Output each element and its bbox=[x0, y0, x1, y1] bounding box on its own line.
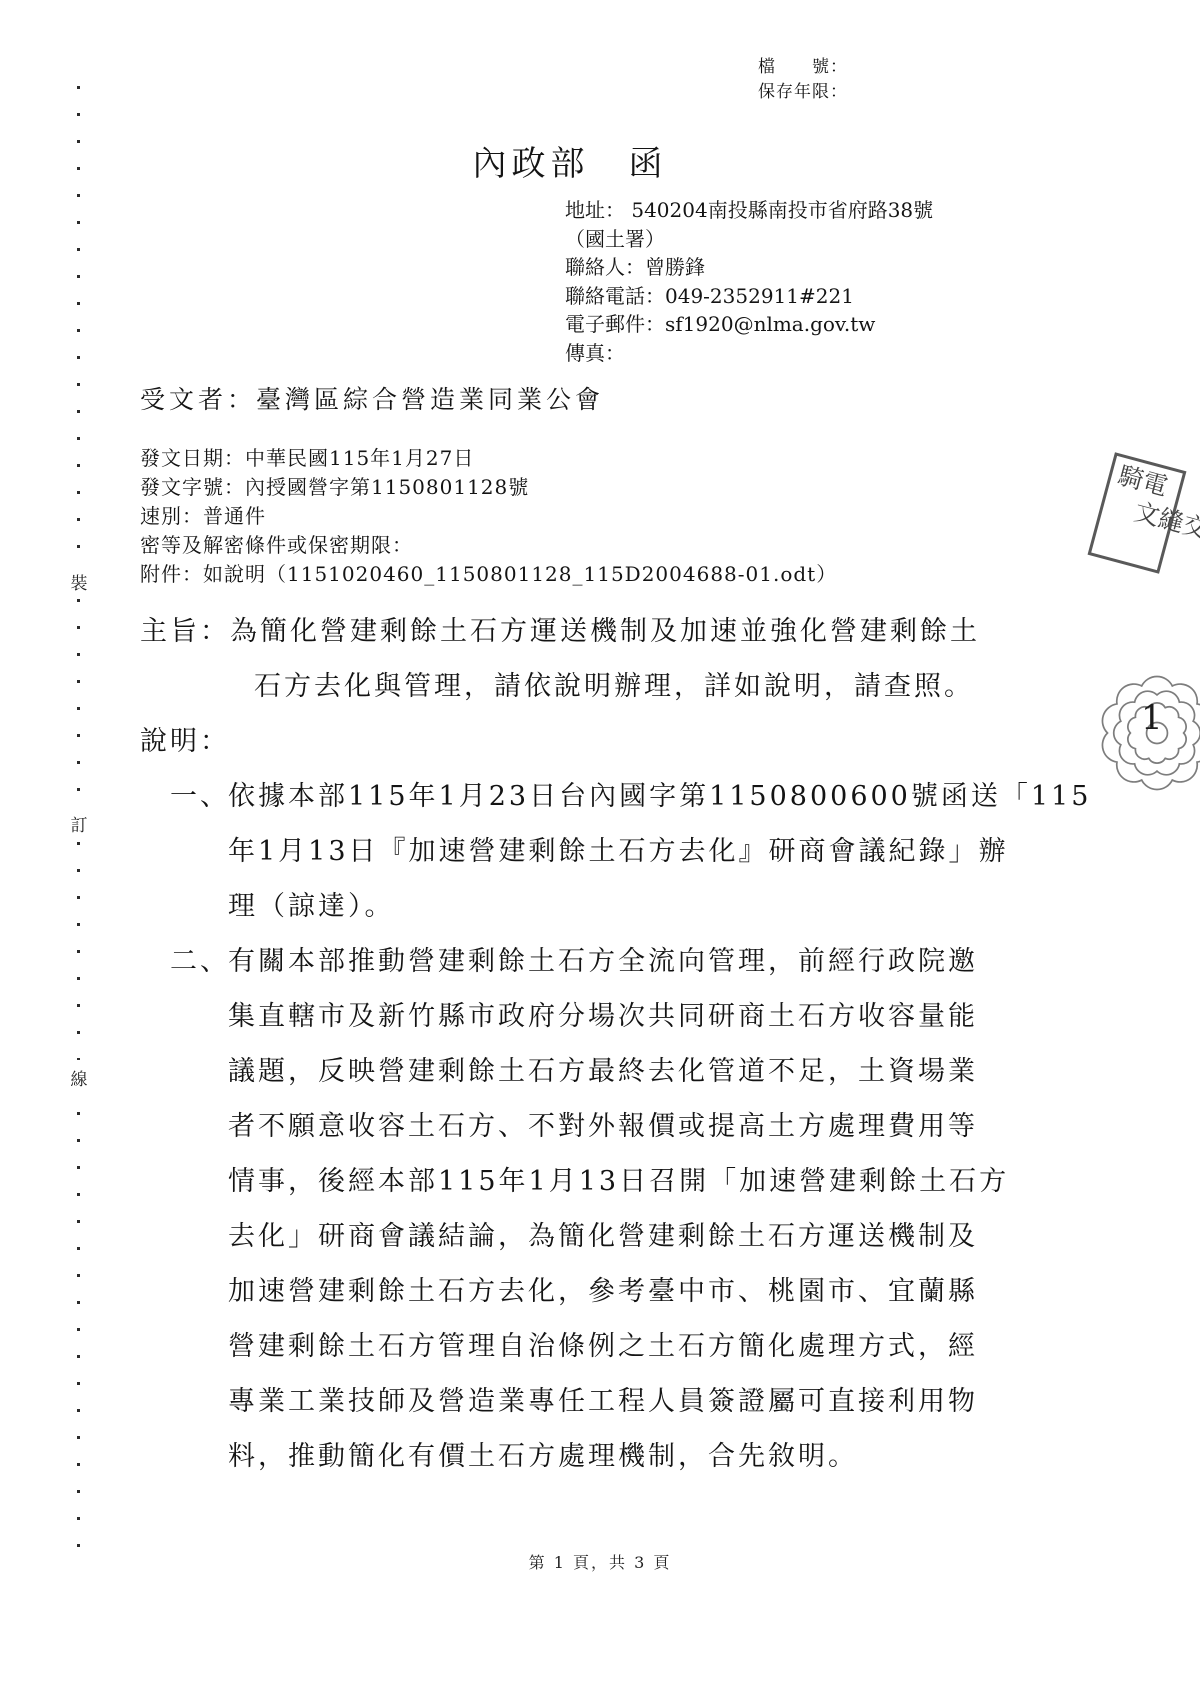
item-number: 一、 bbox=[170, 769, 228, 824]
sender-contact-person: 聯絡人：曾勝鋒 bbox=[565, 253, 933, 282]
item-text: 依據本部115年1月23日台內國字第1150800600號函送「115 年1月1… bbox=[228, 769, 1091, 934]
sender-email: 電子郵件：sf1920@nlma.gov.tw bbox=[565, 310, 933, 339]
subject-section: 主旨： 為簡化營建剩餘土石方運送機制及加速並強化營建剩餘土 石方去化與管理，請依… bbox=[140, 604, 1040, 714]
sender-fax: 傳真： bbox=[565, 339, 933, 368]
letter-body: 主旨： 為簡化營建剩餘土石方運送機制及加速並強化營建剩餘土 石方去化與管理，請依… bbox=[140, 604, 1040, 1484]
stamp-page-number: 1 bbox=[1141, 698, 1163, 738]
item-line: 年1月13日『加速營建剩餘土石方去化』研商會議紀錄」辦 bbox=[228, 824, 1091, 879]
item-line: 者不願意收容土石方、不對外報價或提高土方處理費用等 bbox=[228, 1099, 1040, 1154]
item-line: 加速營建剩餘土石方去化，參考臺中市、桃園市、宜蘭縣 bbox=[228, 1264, 1040, 1319]
binding-mark-zhuang: 裝 bbox=[66, 564, 92, 599]
subject-line: 為簡化營建剩餘土石方運送機制及加速並強化營建剩餘土 bbox=[230, 604, 1040, 659]
item-text: 有關本部推動營建剩餘土石方全流向管理，前經行政院邀 集直轄市及新竹縣市政府分場次… bbox=[228, 934, 1040, 1484]
subject-label: 主旨： bbox=[140, 604, 230, 659]
item-line: 理（諒達）。 bbox=[228, 879, 1091, 934]
archive-label-block: 檔 號： 保存年限： bbox=[758, 55, 848, 105]
seam-seal-stamp: 電文騎 交縫 bbox=[1088, 452, 1187, 574]
item-line: 集直轄市及新竹縣市政府分場次共同研商土石方收容量能 bbox=[228, 989, 1040, 1044]
item-number: 二、 bbox=[170, 934, 228, 989]
document-title: 內政部 函 bbox=[0, 136, 1140, 185]
item-line: 去化」研商會議結論，為簡化營建剩餘土石方運送機制及 bbox=[228, 1209, 1040, 1264]
official-letter-page: 裝 訂 線 檔 號： 保存年限： 內政部 函 地址： 540204南投縣南投市省… bbox=[0, 0, 1200, 1696]
subject-text: 為簡化營建剩餘土石方運送機制及加速並強化營建剩餘土 石方去化與管理，請依說明辦理… bbox=[230, 604, 1040, 714]
item-line: 議題，反映營建剩餘土石方最終去化管道不足，土資場業 bbox=[228, 1044, 1040, 1099]
item-line: 專業工業技師及營造業專任工程人員簽證屬可直接利用物 bbox=[228, 1374, 1040, 1429]
page-footer: 第 1 頁，共 3 頁 bbox=[0, 1550, 1200, 1573]
item-line: 營建剩餘土石方管理自治條例之土石方簡化處理方式，經 bbox=[228, 1319, 1040, 1374]
sender-address: 地址： 540204南投縣南投市省府路38號 bbox=[565, 196, 933, 225]
dispatch-attachment: 附件：如說明（1151020460_1150801128_115D2004688… bbox=[140, 560, 837, 589]
item-line: 有關本部推動營建剩餘土石方全流向管理，前經行政院邀 bbox=[228, 934, 1040, 989]
dispatch-speed: 速別：普通件 bbox=[140, 502, 837, 531]
retention-period-label: 保存年限： bbox=[758, 80, 848, 105]
file-number-label: 檔 號： bbox=[758, 55, 848, 80]
explanation-item-1: 一、 依據本部115年1月23日台內國字第1150800600號函送「115 年… bbox=[140, 769, 1040, 934]
subject-line: 石方去化與管理，請依說明辦理，詳如說明，請查照。 bbox=[254, 659, 1040, 714]
binding-mark-ding: 訂 bbox=[66, 806, 92, 841]
dispatch-number: 發文字號：內授國營字第1150801128號 bbox=[140, 473, 837, 502]
dispatch-meta-block: 發文日期：中華民國115年1月27日 發文字號：內授國營字第1150801128… bbox=[140, 444, 837, 589]
sender-phone: 聯絡電話：049-2352911#221 bbox=[565, 282, 933, 311]
dispatch-date: 發文日期：中華民國115年1月27日 bbox=[140, 444, 837, 473]
sender-info-block: 地址： 540204南投縣南投市省府路38號 （國土署） 聯絡人：曾勝鋒 聯絡電… bbox=[565, 196, 933, 367]
dispatch-security: 密等及解密條件或保密期限： bbox=[140, 531, 837, 560]
binding-mark-xian: 線 bbox=[66, 1060, 92, 1095]
item-line: 情事，後經本部115年1月13日召開「加速營建剩餘土石方 bbox=[228, 1154, 1040, 1209]
explanation-item-2: 二、 有關本部推動營建剩餘土石方全流向管理，前經行政院邀 集直轄市及新竹縣市政府… bbox=[140, 934, 1040, 1484]
recipient-line: 受文者：臺灣區綜合營造業同業公會 bbox=[140, 380, 604, 416]
sender-address-branch: （國土署） bbox=[565, 225, 933, 254]
explanation-header: 說明： bbox=[140, 714, 1040, 769]
item-line: 依據本部115年1月23日台內國字第1150800600號函送「115 bbox=[228, 769, 1091, 824]
item-line: 料，推動簡化有價土石方處理機制，合先敘明。 bbox=[228, 1429, 1040, 1484]
explanation-label: 說明： bbox=[140, 714, 230, 769]
